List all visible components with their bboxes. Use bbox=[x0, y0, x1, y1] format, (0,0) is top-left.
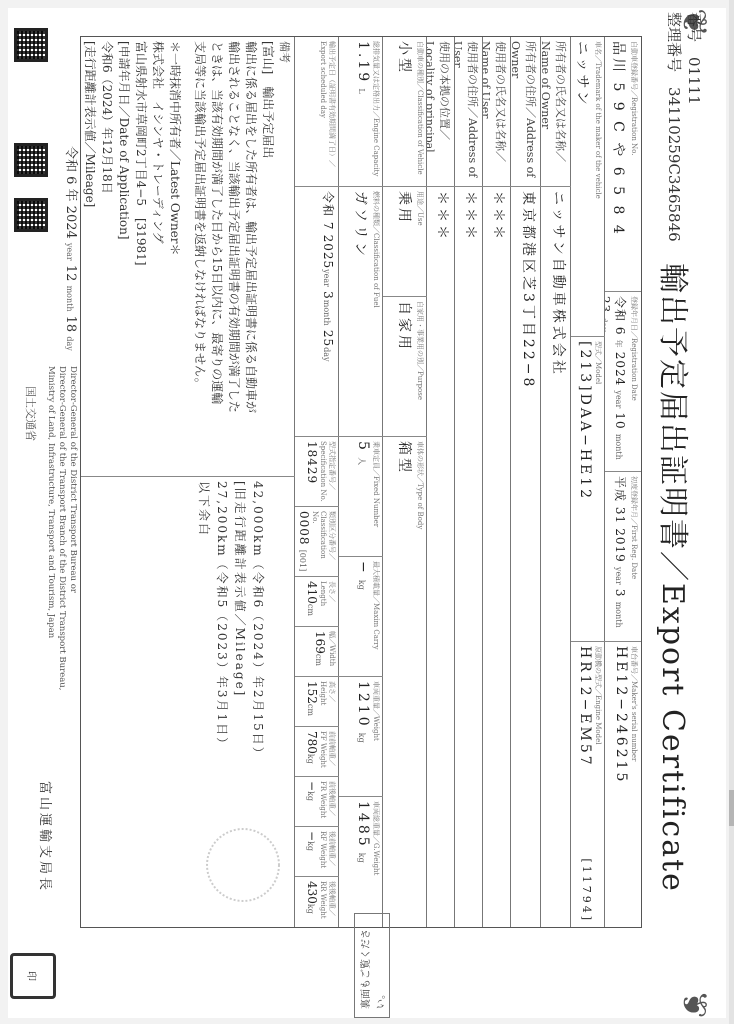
vehicle-class: 小型 bbox=[396, 41, 412, 75]
qr-code-icon bbox=[14, 198, 48, 232]
classification-no: 0008 bbox=[297, 511, 311, 546]
scrollbar-thumb[interactable] bbox=[729, 790, 734, 826]
faint-stamp-mark bbox=[206, 828, 280, 902]
engine-model-cell: 原動機の型式／Engine Model HR12−EM57 [11794] bbox=[571, 642, 605, 927]
issuer-japanese: 富山運輸支局長 bbox=[36, 781, 52, 893]
export-era: 令和 7 bbox=[321, 191, 335, 230]
owner-address: 東京都港区芝3丁目22−8 bbox=[520, 191, 536, 389]
gross-weight: 1485 bbox=[355, 801, 371, 849]
back-side-note: 裏面もご覧ください。 bbox=[354, 913, 390, 1018]
row-vehicle-class: 自動車の種別／Classification of Vehicle 小型 用途／U… bbox=[382, 37, 427, 927]
qr-code-icon bbox=[14, 143, 48, 177]
user-address: ＊＊＊ bbox=[462, 191, 478, 242]
registration-no-cell: 自動車登録番号／Registration No. 品川 5 9 C や 6 5 … bbox=[605, 37, 641, 292]
trademark: ニッサン bbox=[574, 41, 590, 108]
height: 152 bbox=[305, 681, 319, 704]
issuer-english: Director-General of the District Transpo… bbox=[45, 366, 78, 690]
weight: 1210 bbox=[355, 681, 371, 729]
use: 乗用 bbox=[396, 191, 412, 225]
notice-block: 備考 [富山] 輸出予定届出 輸出に係る届出をした所有者は、輸出予定届出証明書に… bbox=[81, 37, 295, 477]
registration-date-cell: 登録年月日／Registration Date 令和 6 年 2024 year… bbox=[605, 292, 641, 472]
row-registration: 自動車登録番号／Registration No. 品川 5 9 C や 6 5 … bbox=[604, 37, 641, 927]
issue-date: 令和 6 年 2024 year 12 month 18 day bbox=[61, 146, 78, 351]
serial-number-cell: 車台番号／Maker's serial number HE12−246215 bbox=[605, 642, 641, 927]
length: 410 bbox=[305, 581, 319, 604]
ornament-right: ❦ bbox=[674, 990, 714, 1019]
engine-model: HR12−EM57 bbox=[577, 646, 593, 768]
vertical-scrollbar[interactable] bbox=[729, 0, 734, 1024]
row-owner-name: 所有者の氏名又は名称／Name of Owner ニッサン自動車株式会社 bbox=[540, 37, 571, 927]
fuel: ガソリン bbox=[352, 191, 368, 259]
principal-abode: ＊＊＊ bbox=[434, 191, 450, 242]
reference-number: 3411025​9C3465846 bbox=[665, 87, 683, 242]
body-type: 箱型 bbox=[396, 441, 412, 475]
export-month: 3 bbox=[321, 291, 335, 300]
certificate-table: 自動車登録番号／Registration No. 品川 5 9 C や 6 5 … bbox=[80, 36, 642, 928]
number-label: 番号 bbox=[685, 12, 703, 42]
serial-number: HE12−246215 bbox=[613, 646, 629, 784]
ministry-mark: 国土交通省 bbox=[22, 386, 38, 441]
export-certificate-sheet: ❦ ❦ 番号 01111 整理番号 3411025​9C3465846 輸出予定… bbox=[10, 8, 720, 1018]
row-user-name: 使用者の氏名又は名称／Name of User ＊＊＊ bbox=[482, 37, 511, 927]
model: [213]DAA−HE12 bbox=[577, 341, 593, 501]
fr-weight: − bbox=[305, 781, 319, 791]
row-capacity: 総排気量又は定格出力／Engine Capacity 1.19 L 燃料の種類／… bbox=[338, 37, 383, 927]
ff-weight: 780 bbox=[305, 731, 319, 754]
engine-code: [11794] bbox=[580, 858, 593, 923]
row-user-address: 使用者の住所／Address of User ＊＊＊ bbox=[454, 37, 483, 927]
registration-no: 品川 5 9 C や 6 5 8 4 bbox=[610, 41, 626, 237]
max-carry: − bbox=[355, 561, 371, 576]
row-owner-address: 所有者の住所／Address of Owner 東京都港区芝3丁目22−8 bbox=[510, 37, 541, 927]
purpose: 自家用 bbox=[396, 301, 412, 352]
document-title: 輸出予定届出証明書／Export Certificate bbox=[654, 263, 698, 893]
user-name: ＊＊＊ bbox=[490, 191, 506, 242]
rf-weight: − bbox=[305, 831, 319, 841]
fixed-number: 5 bbox=[355, 441, 371, 453]
export-day: 25 bbox=[321, 330, 335, 347]
width: 169 bbox=[313, 631, 327, 654]
row-principal-abode: 使用の本拠の位置／Locality of principal abode of … bbox=[426, 37, 455, 927]
specification-no: 18429 bbox=[305, 441, 319, 484]
rr-weight: 430 bbox=[305, 881, 319, 904]
row-dimensions: 輸出予定日（証明書有効期間満了日）／Export scheduled day 令… bbox=[294, 37, 339, 927]
row-trademark: 車名／Trademark of the maker of the vehicle… bbox=[570, 37, 605, 927]
engine-capacity: 1.19 bbox=[355, 41, 371, 84]
official-seal-icon: 印 bbox=[10, 953, 56, 999]
certificate-header: 番号 01111 整理番号 3411025​9C3465846 bbox=[664, 12, 704, 242]
export-year: 2025 bbox=[321, 235, 335, 270]
model-cell: 型式／Model [213]DAA−HE12 bbox=[571, 337, 605, 642]
trademark-cell: 車名／Trademark of the maker of the vehicle… bbox=[571, 37, 605, 337]
qr-code-icon bbox=[14, 28, 48, 62]
certificate-number: 01111 bbox=[685, 57, 703, 105]
owner-name: ニッサン自動車株式会社 bbox=[550, 191, 566, 377]
document-viewer: ❦ ❦ 番号 01111 整理番号 3411025​9C3465846 輸出予定… bbox=[0, 0, 734, 1024]
reference-label: 整理番号 bbox=[665, 12, 683, 72]
first-reg-date-cell: 初度登録年月／First Reg. Date 平成 31 2019 year 3… bbox=[605, 472, 641, 642]
row-remarks: 備考 [富山] 輸出予定届出 輸出に係る届出をした所有者は、輸出予定届出証明書に… bbox=[81, 37, 295, 927]
